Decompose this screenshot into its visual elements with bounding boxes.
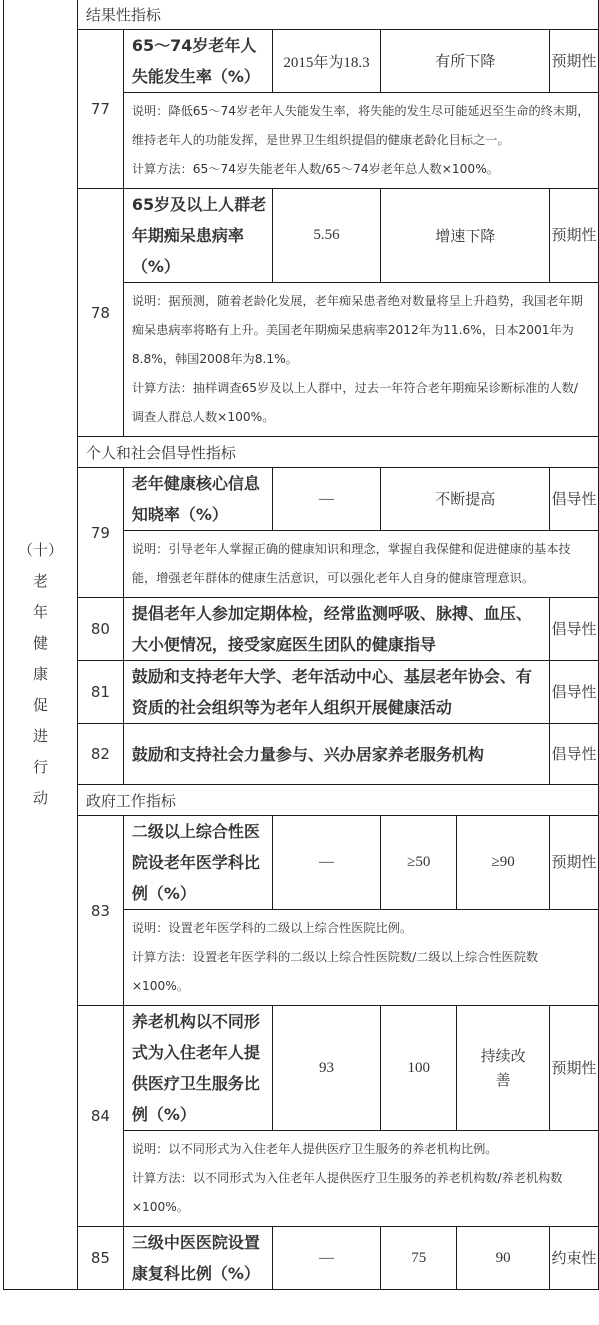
section-title-line: 进 bbox=[17, 721, 63, 752]
indicator-property: 预期性 bbox=[550, 189, 599, 283]
category-government: 政府工作指标 bbox=[77, 785, 598, 816]
note-text: 说明：设置老年医学科的二级以上综合性医院比例。 bbox=[132, 914, 590, 943]
target-2022-value: 75 bbox=[381, 1227, 457, 1290]
indicator-property: 预期性 bbox=[550, 1006, 599, 1131]
indicator-property: 倡导性 bbox=[550, 661, 599, 724]
method-text: 计算方法：设置老年医学科的二级以上综合性医院数/二级以上综合性医院数×100%。 bbox=[132, 943, 590, 1001]
row-number: 80 bbox=[77, 598, 123, 661]
indicator-name: 二级以上综合性医院设老年医学科比例（%） bbox=[123, 816, 272, 910]
baseline-value: — bbox=[272, 468, 381, 531]
indicator-property: 预期性 bbox=[550, 30, 599, 93]
section-cell: （十）老 年 健 康 促 进 行 动 bbox=[4, 0, 78, 1290]
note-cell: 说明：以不同形式为入住老年人提供医疗卫生服务的养老机构比例。 计算方法：以不同形… bbox=[123, 1131, 598, 1227]
section-title-line: 行 bbox=[17, 752, 63, 783]
section-title-line: 健 bbox=[17, 628, 63, 659]
note-text: 说明：据预测，随着老龄化发展，老年痴呆患者绝对数量将呈上升趋势，我国老年期痴呆患… bbox=[132, 287, 590, 374]
note-cell: 说明：设置老年医学科的二级以上综合性医院比例。 计算方法：设置老年医学科的二级以… bbox=[123, 910, 598, 1006]
note-text: 说明：引导老年人掌握正确的健康知识和理念，掌握自我保健和促进健康的基本技能，增强… bbox=[132, 535, 590, 593]
note-cell: 说明：引导老年人掌握正确的健康知识和理念，掌握自我保健和促进健康的基本技能，增强… bbox=[123, 531, 598, 598]
row-number: 84 bbox=[77, 1006, 123, 1227]
section-title-line: 促 bbox=[17, 690, 63, 721]
baseline-value: 93 bbox=[272, 1006, 381, 1131]
indicator-property: 倡导性 bbox=[550, 724, 599, 785]
row-number: 85 bbox=[77, 1227, 123, 1290]
indicator-property: 预期性 bbox=[550, 816, 599, 910]
indicator-property: 约束性 bbox=[550, 1227, 599, 1290]
method-text: 计算方法：65～74岁失能老年人数/65～74岁老年总人数×100%。 bbox=[132, 155, 590, 184]
target-value: 增速下降 bbox=[381, 189, 550, 283]
note-text: 说明：以不同形式为入住老年人提供医疗卫生服务的养老机构比例。 bbox=[132, 1135, 590, 1164]
category-advocacy: 个人和社会倡导性指标 bbox=[77, 437, 598, 468]
note-text: 说明：降低65～74岁老年人失能发生率，将失能的发生尽可能延迟至生命的终末期，维… bbox=[132, 97, 590, 155]
baseline-value: 5.56 bbox=[272, 189, 381, 283]
note-cell: 说明：据预测，随着老龄化发展，老年痴呆患者绝对数量将呈上升趋势，我国老年期痴呆患… bbox=[123, 283, 598, 437]
target-2030-value: 90 bbox=[457, 1227, 550, 1290]
indicator-property: 倡导性 bbox=[550, 598, 599, 661]
row-number: 83 bbox=[77, 816, 123, 1006]
row-number: 82 bbox=[77, 724, 123, 785]
section-title-line: 年 bbox=[17, 597, 63, 628]
indicator-table: （十）老 年 健 康 促 进 行 动 结果性指标 77 65～74岁老年人失能发… bbox=[3, 0, 599, 1290]
baseline-value: — bbox=[272, 816, 381, 910]
indicator-name: 养老机构以不同形式为入住老年人提供医疗卫生服务比例（%） bbox=[123, 1006, 272, 1131]
section-title-line: 动 bbox=[17, 783, 63, 814]
indicator-property: 倡导性 bbox=[550, 468, 599, 531]
target-2030-value: 持续改善 bbox=[457, 1006, 550, 1131]
indicator-name: 三级中医医院设置康复科比例（%） bbox=[123, 1227, 272, 1290]
indicator-name: 65岁及以上人群老年期痴呆患病率（%） bbox=[123, 189, 272, 283]
method-text: 计算方法：抽样调查65岁及以上人群中，过去一年符合老年期痴呆诊断标准的人数/调查… bbox=[132, 374, 590, 432]
indicator-name: 65～74岁老年人失能发生率（%） bbox=[123, 30, 272, 93]
target-value: 不断提高 bbox=[381, 468, 550, 531]
baseline-value: — bbox=[272, 1227, 381, 1290]
section-title-line: 康 bbox=[17, 659, 63, 690]
target-2030-value: ≥90 bbox=[457, 816, 550, 910]
indicator-name: 老年健康核心信息知晓率（%） bbox=[123, 468, 272, 531]
target-value: 有所下降 bbox=[381, 30, 550, 93]
advocacy-text: 鼓励和支持社会力量参与、兴办居家养老服务机构 bbox=[123, 724, 549, 785]
advocacy-text: 提倡老年人参加定期体检，经常监测呼吸、脉搏、血压、大小便情况，接受家庭医生团队的… bbox=[123, 598, 549, 661]
target-2022-value: 100 bbox=[381, 1006, 457, 1131]
note-cell: 说明：降低65～74岁老年人失能发生率，将失能的发生尽可能延迟至生命的终末期，维… bbox=[123, 93, 598, 189]
baseline-value: 2015年为18.3 bbox=[272, 30, 381, 93]
method-text: 计算方法：以不同形式为入住老年人提供医疗卫生服务的养老机构数/养老机构数×100… bbox=[132, 1164, 590, 1222]
row-number: 78 bbox=[77, 189, 123, 437]
section-title-line: （十）老 bbox=[17, 535, 63, 597]
row-number: 79 bbox=[77, 468, 123, 598]
target-2022-value: ≥50 bbox=[381, 816, 457, 910]
category-outcome: 结果性指标 bbox=[77, 0, 598, 30]
row-number: 81 bbox=[77, 661, 123, 724]
advocacy-text: 鼓励和支持老年大学、老年活动中心、基层老年协会、有资质的社会组织等为老年人组织开… bbox=[123, 661, 549, 724]
row-number: 77 bbox=[77, 30, 123, 189]
